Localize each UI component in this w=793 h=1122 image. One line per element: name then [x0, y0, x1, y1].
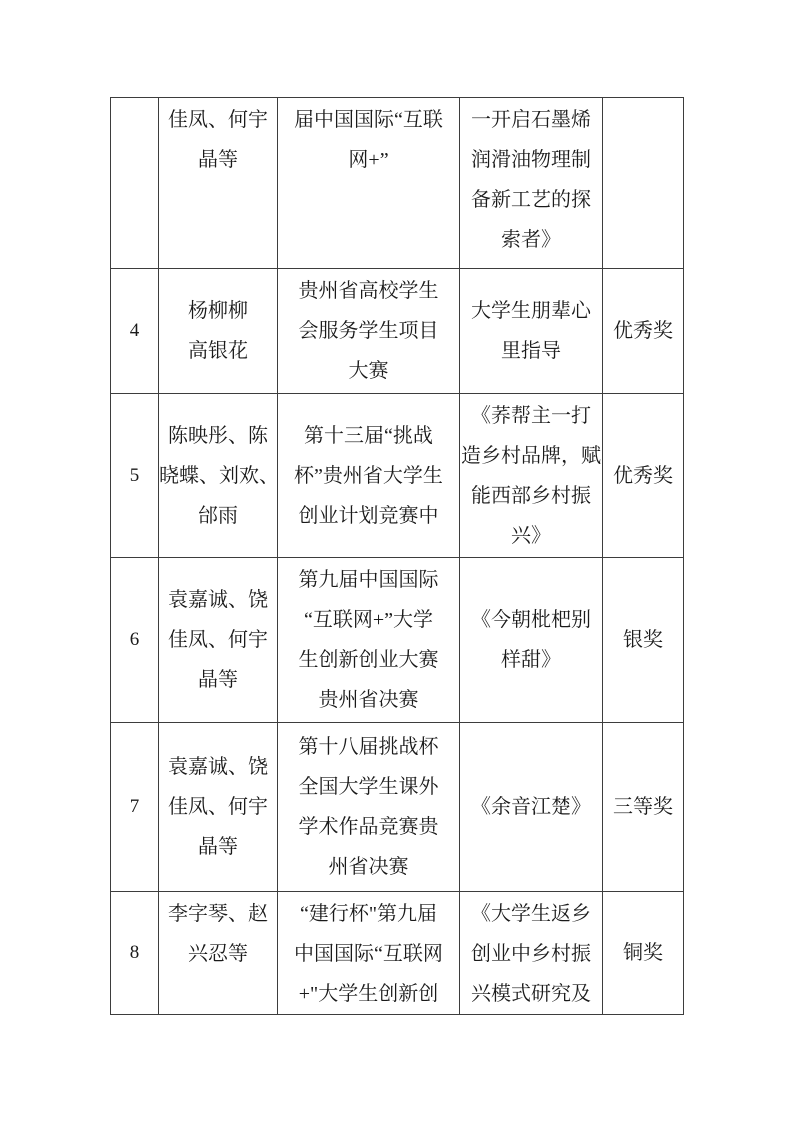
- table-row: 6袁嘉诚、饶佳凤、何宇晶等第九届中国国际“互联网+”大学生创新创业大赛贵州省决赛…: [111, 558, 684, 723]
- competition-line: “互联网+”大学: [278, 600, 459, 640]
- table-row: 佳凤、何宇晶等届中国国际“互联网+”一开启石墨烯润滑油物理制备新工艺的探索者》: [111, 98, 684, 269]
- row-number: 6: [111, 620, 158, 660]
- names-line: 佳凤、何宇: [159, 100, 277, 140]
- work-line: 兴模式研究及: [460, 974, 602, 1014]
- competition-line: 第十三届“挑战: [278, 416, 459, 456]
- names-line: 晓蝶、刘欢、: [159, 456, 277, 496]
- work-line: 能西部乡村振: [460, 476, 602, 516]
- table-row: 5陈映彤、陈晓蝶、刘欢、邰雨第十三届“挑战杯”贵州省大学生创业计划竞赛中《荞帮主…: [111, 394, 684, 558]
- names-line: 佳凤、何宇: [159, 620, 277, 660]
- work-line: 兴》: [460, 516, 602, 556]
- competition-line: 会服务学生项目: [278, 311, 459, 351]
- cell-names: 李字琴、赵兴忍等: [159, 892, 278, 1015]
- cell-award: 优秀奖: [603, 394, 684, 558]
- cell-names: 陈映彤、陈晓蝶、刘欢、邰雨: [159, 394, 278, 558]
- work-line: 《荞帮主一打: [460, 396, 602, 436]
- competition-line: 中国国际“互联网: [278, 934, 459, 974]
- cell-names: 佳凤、何宇晶等: [159, 98, 278, 269]
- cell-work: 《余音江楚》: [460, 723, 603, 892]
- competition-line: 贵州省高校学生: [278, 271, 459, 311]
- row-number: 5: [111, 456, 158, 496]
- work-line: 造乡村品牌，赋: [460, 436, 602, 476]
- table-row: 8李字琴、赵兴忍等“建行杯"第九届中国国际“互联网+"大学生创新创《大学生返乡创…: [111, 892, 684, 1015]
- names-line: 袁嘉诚、饶: [159, 580, 277, 620]
- names-line: 佳凤、何宇: [159, 787, 277, 827]
- cell-competition: 贵州省高校学生会服务学生项目大赛: [278, 269, 460, 394]
- cell-names: 袁嘉诚、饶佳凤、何宇晶等: [159, 558, 278, 723]
- cell-number: 7: [111, 723, 159, 892]
- competition-line: +"大学生创新创: [278, 974, 459, 1014]
- awards-table: 佳凤、何宇晶等届中国国际“互联网+”一开启石墨烯润滑油物理制备新工艺的探索者》4…: [110, 97, 684, 1015]
- competition-line: 贵州省决赛: [278, 680, 459, 720]
- names-line: 晶等: [159, 140, 277, 180]
- work-line: 里指导: [460, 331, 602, 371]
- cell-award: 银奖: [603, 558, 684, 723]
- award-label: 银奖: [603, 620, 683, 660]
- award-label: 优秀奖: [603, 456, 683, 496]
- competition-line: 届中国国际“互联: [278, 100, 459, 140]
- work-line: 一开启石墨烯: [460, 100, 602, 140]
- cell-number: 8: [111, 892, 159, 1015]
- cell-competition: “建行杯"第九届中国国际“互联网+"大学生创新创: [278, 892, 460, 1015]
- cell-number: [111, 98, 159, 269]
- names-line: 兴忍等: [159, 934, 277, 974]
- competition-line: 全国大学生课外: [278, 767, 459, 807]
- award-label: 三等奖: [603, 787, 683, 827]
- names-line: 李字琴、赵: [159, 894, 277, 934]
- cell-work: 一开启石墨烯润滑油物理制备新工艺的探索者》: [460, 98, 603, 269]
- work-line: 索者》: [460, 220, 602, 260]
- award-label: 优秀奖: [603, 311, 683, 351]
- names-line: 邰雨: [159, 496, 277, 536]
- table-row: 7袁嘉诚、饶佳凤、何宇晶等第十八届挑战杯全国大学生课外学术作品竞赛贵州省决赛《余…: [111, 723, 684, 892]
- competition-line: 生创新创业大赛: [278, 640, 459, 680]
- work-line: 《今朝枇杷别: [460, 600, 602, 640]
- cell-award: 铜奖: [603, 892, 684, 1015]
- work-line: 润滑油物理制: [460, 140, 602, 180]
- cell-competition: 第十八届挑战杯全国大学生课外学术作品竞赛贵州省决赛: [278, 723, 460, 892]
- competition-line: “建行杯"第九届: [278, 894, 459, 934]
- competition-line: 学术作品竞赛贵: [278, 807, 459, 847]
- award-label: 铜奖: [603, 933, 683, 973]
- award-label: [603, 163, 683, 203]
- competition-line: 州省决赛: [278, 847, 459, 887]
- cell-competition: 届中国国际“互联网+”: [278, 98, 460, 269]
- row-number: 4: [111, 311, 158, 351]
- cell-award: [603, 98, 684, 269]
- competition-line: 第十八届挑战杯: [278, 727, 459, 767]
- work-line: 《余音江楚》: [460, 787, 602, 827]
- competition-line: 创业计划竞赛中: [278, 496, 459, 536]
- competition-line: 网+”: [278, 140, 459, 180]
- cell-names: 袁嘉诚、饶佳凤、何宇晶等: [159, 723, 278, 892]
- work-line: 《大学生返乡: [460, 894, 602, 934]
- awards-table-body: 佳凤、何宇晶等届中国国际“互联网+”一开启石墨烯润滑油物理制备新工艺的探索者》4…: [111, 98, 684, 1015]
- cell-work: 大学生朋辈心里指导: [460, 269, 603, 394]
- competition-line: 大赛: [278, 351, 459, 391]
- cell-number: 4: [111, 269, 159, 394]
- cell-number: 6: [111, 558, 159, 723]
- names-line: 高银花: [159, 331, 277, 371]
- competition-line: 第九届中国国际: [278, 560, 459, 600]
- cell-work: 《荞帮主一打造乡村品牌，赋能西部乡村振兴》: [460, 394, 603, 558]
- cell-competition: 第九届中国国际“互联网+”大学生创新创业大赛贵州省决赛: [278, 558, 460, 723]
- table-row: 4杨柳柳高银花贵州省高校学生会服务学生项目大赛大学生朋辈心里指导优秀奖: [111, 269, 684, 394]
- cell-work: 《今朝枇杷别样甜》: [460, 558, 603, 723]
- cell-names: 杨柳柳高银花: [159, 269, 278, 394]
- work-line: 创业中乡村振: [460, 934, 602, 974]
- cell-award: 三等奖: [603, 723, 684, 892]
- document-page: 佳凤、何宇晶等届中国国际“互联网+”一开启石墨烯润滑油物理制备新工艺的探索者》4…: [0, 0, 793, 1122]
- cell-number: 5: [111, 394, 159, 558]
- names-line: 袁嘉诚、饶: [159, 747, 277, 787]
- row-number: 8: [111, 933, 158, 973]
- competition-line: 杯”贵州省大学生: [278, 456, 459, 496]
- row-number: 7: [111, 787, 158, 827]
- work-line: 备新工艺的探: [460, 180, 602, 220]
- cell-award: 优秀奖: [603, 269, 684, 394]
- names-line: 杨柳柳: [159, 291, 277, 331]
- names-line: 晶等: [159, 660, 277, 700]
- work-line: 大学生朋辈心: [460, 291, 602, 331]
- cell-work: 《大学生返乡创业中乡村振兴模式研究及: [460, 892, 603, 1015]
- names-line: 陈映彤、陈: [159, 416, 277, 456]
- work-line: 样甜》: [460, 640, 602, 680]
- cell-competition: 第十三届“挑战杯”贵州省大学生创业计划竞赛中: [278, 394, 460, 558]
- names-line: 晶等: [159, 827, 277, 867]
